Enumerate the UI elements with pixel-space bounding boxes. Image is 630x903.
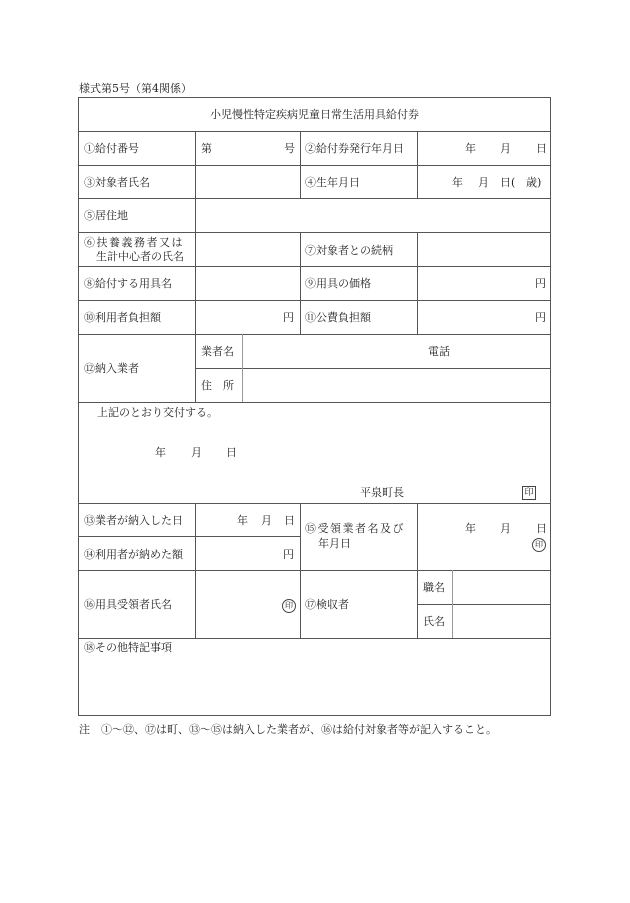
- divider: [417, 131, 418, 198]
- label-supplier: ⑫納入業者: [84, 362, 139, 375]
- user-paid-yen: 円: [283, 548, 294, 561]
- divider: [300, 503, 301, 638]
- birth-year: 年: [452, 176, 463, 189]
- label-issue-date: ②給付券発行年月日: [305, 142, 404, 155]
- divider: [78, 570, 551, 571]
- divider: [417, 503, 418, 638]
- divider: [195, 368, 551, 369]
- divider: [78, 165, 551, 166]
- price-yen: 円: [535, 277, 546, 290]
- divider: [78, 131, 551, 132]
- label-guardian-line1: ⑥扶養義務者又は: [84, 236, 184, 249]
- divider: [78, 503, 551, 504]
- issued-year: 年: [155, 446, 166, 459]
- birth-month: 月: [478, 176, 489, 189]
- seal-icon: 印: [282, 598, 296, 613]
- public-charge-yen: 円: [535, 311, 546, 324]
- divider: [195, 232, 196, 334]
- label-delivery-date: ⑬業者が納入した日: [84, 514, 183, 527]
- label-subject-name: ③対象者氏名: [84, 176, 150, 189]
- label-user-paid: ⑭利用者が納めた額: [84, 548, 183, 561]
- label-receiver-name-date-line1: ⑮受領業者名及び: [305, 522, 405, 535]
- divider: [417, 604, 551, 605]
- divider: [195, 198, 196, 232]
- label-equipment-name: ⑧給付する用具名: [84, 277, 172, 290]
- benefit-number-prefix: 第: [201, 142, 212, 155]
- divider: [78, 536, 300, 537]
- benefit-number-suffix: 号: [284, 142, 295, 155]
- issue-year: 年: [465, 142, 476, 155]
- age: 歳): [526, 176, 541, 189]
- label-position: 職名: [423, 581, 445, 594]
- issued-month: 月: [191, 446, 202, 459]
- form-number-caption: 様式第5号（第4関係）: [79, 80, 192, 96]
- mayor-title: 平泉町長: [360, 486, 404, 499]
- user-charge-yen: 円: [283, 311, 294, 324]
- label-user-charge: ⑩利用者負担額: [84, 311, 161, 324]
- issue-day: 日: [536, 142, 547, 155]
- receipt-year: 年: [465, 522, 476, 535]
- label-phone: 電話: [428, 345, 450, 358]
- divider: [452, 570, 453, 638]
- divider: [195, 334, 196, 402]
- divider: [78, 402, 551, 403]
- label-public-charge: ⑪公費負担額: [305, 311, 371, 324]
- divider: [78, 334, 551, 335]
- divider: [417, 232, 418, 334]
- label-supplier-name: 業者名: [201, 345, 234, 358]
- label-guardian-line2: 生計中心者の氏名: [96, 250, 184, 263]
- divider: [78, 300, 551, 301]
- seal-icon: 印: [522, 485, 536, 500]
- label-relationship: ⑦対象者との続柄: [305, 244, 393, 257]
- receipt-day: 日: [536, 522, 547, 535]
- divider: [300, 232, 301, 334]
- delivery-year: 年: [237, 514, 248, 527]
- label-benefit-number: ①給付番号: [84, 142, 139, 155]
- label-receiver-name-date-line2: 年月日: [318, 537, 351, 550]
- label-birth-date: ④生年月日: [305, 176, 360, 189]
- label-residence: ⑤居住地: [84, 209, 128, 222]
- label-address: 住 所: [201, 379, 234, 392]
- receipt-month: 月: [500, 522, 511, 535]
- divider: [242, 334, 243, 402]
- divider: [195, 503, 196, 638]
- divider: [195, 131, 196, 198]
- issue-statement: 上記のとおり交付する。: [97, 406, 218, 419]
- delivery-day: 日: [284, 514, 295, 527]
- divider: [78, 638, 551, 639]
- form-title: 小児慢性特定疾病児童日常生活用具給付券: [78, 108, 551, 121]
- divider: [78, 266, 551, 267]
- birth-day: 日(: [500, 176, 515, 189]
- delivery-month: 月: [261, 514, 272, 527]
- label-special-notes: ⑱その他特記事項: [84, 641, 172, 654]
- label-inspector: ⑰検収者: [305, 598, 349, 611]
- issue-month: 月: [500, 142, 511, 155]
- divider: [300, 131, 301, 198]
- divider: [78, 232, 551, 233]
- label-equipment-price: ⑨用具の価格: [305, 277, 371, 290]
- issued-day: 日: [226, 446, 237, 459]
- label-equipment-recipient: ⑯用具受領者氏名: [84, 598, 172, 611]
- divider: [78, 198, 551, 199]
- label-inspector-name: 氏名: [423, 615, 445, 628]
- seal-icon: 印: [532, 537, 546, 552]
- footnote: 注 ①〜⑫、⑰は町、⑬〜⑮は納入した業者が、⑯は給付対象者等が記入すること。: [79, 721, 497, 737]
